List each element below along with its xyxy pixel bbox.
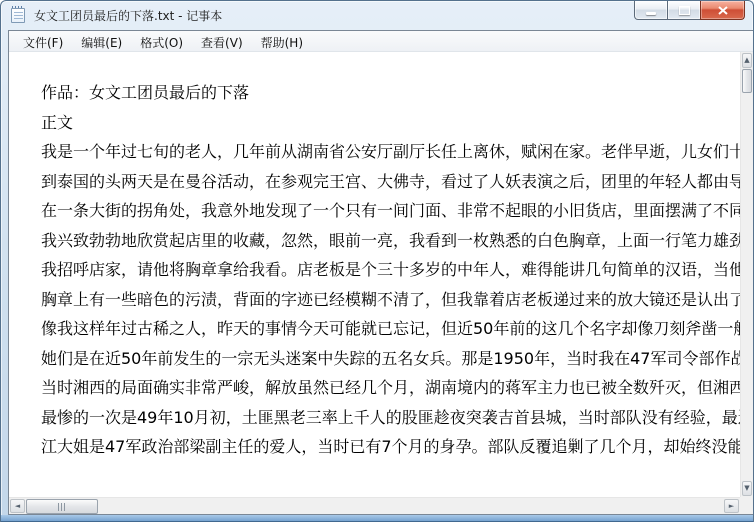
vertical-scrollbar[interactable]: ▲ ▼	[740, 52, 753, 497]
minimize-button[interactable]	[634, 1, 668, 20]
scroll-left-icon: ◄	[15, 503, 20, 510]
text-editor-area[interactable]: 作品：女文工团员最后的下落 正文 我是一个年过七旬的老人，几年前从湖南省公安厅副…	[9, 52, 740, 497]
maximize-button[interactable]	[667, 1, 701, 20]
menu-edit[interactable]: 编辑(E)	[72, 31, 131, 51]
maximize-icon	[679, 6, 690, 15]
notepad-icon[interactable]	[10, 6, 27, 24]
scroll-right-button[interactable]: ►	[724, 499, 739, 513]
vertical-scroll-thumb[interactable]	[742, 69, 752, 93]
thumb-grip-icon	[58, 503, 66, 511]
menu-view[interactable]: 查看(V)	[192, 31, 252, 51]
text-line: 到泰国的头两天是在曼谷活动，在参观完王宫、大佛寺，看过了人妖表演之后，团里的年轻…	[41, 167, 740, 197]
menu-file[interactable]: 文件(F)	[14, 31, 72, 51]
scroll-up-icon: ▲	[744, 57, 749, 64]
close-icon	[718, 6, 728, 15]
text-line: 最惨的一次是49年10月初，土匪黑老三率上千人的股匪趁夜突袭吉首县城，当时部队没…	[41, 403, 740, 433]
window-title: 女文工团员最后的下落.txt - 记事本	[34, 7, 222, 24]
text-line: 正文	[41, 108, 740, 138]
text-line: 她们是在近50年前发生的一宗无头迷案中失踪的五名女兵。那是1950年，当时我在4…	[41, 344, 740, 374]
menu-help[interactable]: 帮助(H)	[252, 31, 312, 51]
scroll-left-button[interactable]: ◄	[10, 499, 25, 513]
scroll-up-button[interactable]: ▲	[742, 53, 752, 68]
menu-format[interactable]: 格式(O)	[131, 31, 192, 51]
horizontal-scroll-thumb[interactable]	[26, 499, 98, 514]
text-line: 作品：女文工团员最后的下落	[41, 78, 740, 108]
minimize-icon	[646, 12, 656, 15]
scrollbar-corner	[740, 497, 753, 514]
text-line: 我是一个年过七旬的老人，几年前从湖南省公安厅副厅长任上离休，赋闲在家。老伴早逝，…	[41, 137, 740, 167]
text-line: 胸章上有一些暗色的污渍，背面的字迹已经模糊不清了，但我靠着店老板递过来的放大镜还…	[41, 285, 740, 315]
notepad-window: 女文工团员最后的下落.txt - 记事本 文件(F) 编辑(E) 格式(O) 查…	[0, 0, 754, 522]
menu-bar: 文件(F) 编辑(E) 格式(O) 查看(V) 帮助(H)	[9, 31, 753, 52]
window-content: 文件(F) 编辑(E) 格式(O) 查看(V) 帮助(H) 作品：女文工团员最后…	[8, 30, 753, 515]
close-button[interactable]	[700, 1, 745, 20]
text-line: 我兴致勃勃地欣赏起店里的收藏，忽然，眼前一亮，我看到一枚熟悉的白色胸章，上面一行…	[41, 226, 740, 256]
text-line: 江大姐是47军政治部梁副主任的爱人，当时已有7个月的身孕。部队反覆追剿了几个月，…	[41, 432, 740, 462]
scroll-right-icon: ►	[729, 503, 734, 510]
text-line: 在一条大街的拐角处，我意外地发现了一个只有一间门面、非常不起眼的小旧货店，里面摆…	[41, 196, 740, 226]
window-bottom-frame	[1, 515, 753, 522]
scroll-down-icon: ▼	[744, 485, 749, 492]
text-line: 当时湘西的局面确实非常严峻，解放虽然已经几个月，湖南境内的蒋军主力也已被全数歼灭…	[41, 373, 740, 403]
scroll-down-button[interactable]: ▼	[742, 481, 752, 496]
caption-buttons	[635, 1, 745, 20]
text-line: 像我这样年过古稀之人，昨天的事情今天可能就已忘记，但近50年前的这几个名字却像刀…	[41, 314, 740, 344]
horizontal-scrollbar[interactable]: ◄ ►	[9, 497, 740, 514]
text-line: 我招呼店家，请他将胸章拿给我看。店老板是个三十多岁的中年人，难得能讲几句简单的汉…	[41, 255, 740, 285]
